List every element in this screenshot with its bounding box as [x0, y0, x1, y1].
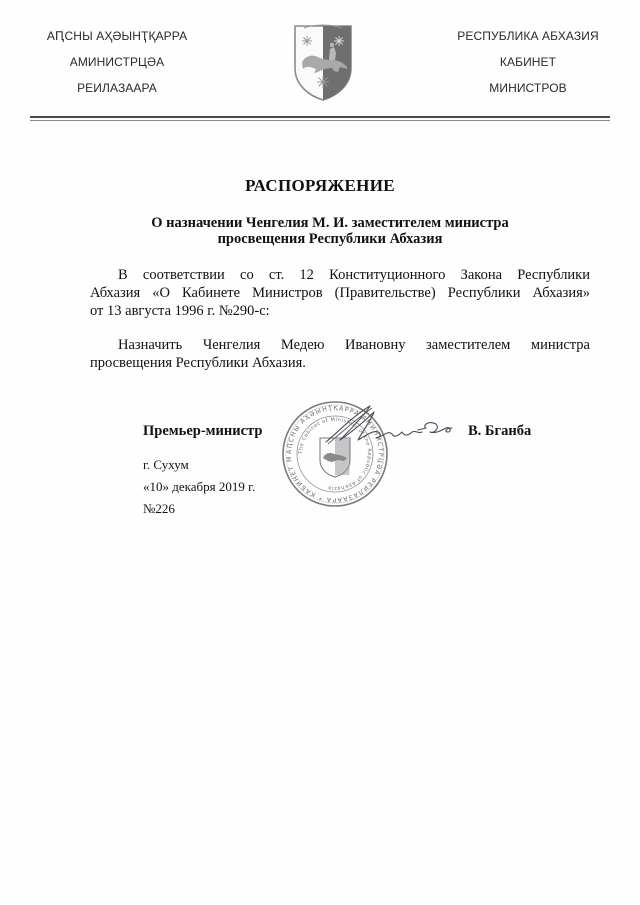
- paragraph-legal-basis: В соответствии со ст. 12 Конституционног…: [90, 266, 590, 320]
- header-left-line2: АМИНИСТРЦӘА: [70, 55, 165, 69]
- paragraph-line: от 13 августа 1996 г. №290-с:: [90, 302, 590, 320]
- header-divider-thin: [30, 120, 610, 121]
- header-left-line3: РЕИЛАЗААРА: [77, 81, 157, 95]
- paragraph-line: В соответствии со ст. 12 Конституционног…: [90, 266, 590, 284]
- header-right-line1: РЕСПУБЛИКА АБХАЗИЯ: [457, 29, 598, 43]
- signature-icon: [318, 402, 468, 450]
- subject-line1: О назначении Ченгелия М. И. заместителем…: [0, 215, 640, 231]
- document-page: АԤСНЫ АҲӘЫНҬҚАРРА АМИНИСТРЦӘА РЕИЛАЗААРА: [0, 0, 640, 905]
- paragraph-appointment: Назначить Ченгелия Медею Ивановну замест…: [90, 336, 590, 372]
- paragraph-line: просвещения Республики Абхазия.: [90, 354, 590, 372]
- document-title: РАСПОРЯЖЕНИЕ: [0, 176, 640, 196]
- coat-of-arms-icon: [292, 22, 354, 102]
- paragraph-line: Абхазия «О Кабинете Министров (Правитель…: [90, 284, 590, 302]
- document-number: №226: [143, 501, 175, 517]
- header-right-line3: МИНИСТРОВ: [489, 81, 567, 95]
- header-left-line1: АԤСНЫ АҲӘЫНҬҚАРРА: [47, 29, 187, 43]
- signatory-name: В. Бганба: [468, 423, 531, 440]
- document-date: «10» декабря 2019 г.: [143, 479, 255, 495]
- header-divider-thick: [30, 116, 610, 118]
- signatory-position: Премьер-министр: [143, 423, 262, 440]
- header-right-line2: КАБИНЕТ: [500, 55, 556, 69]
- paragraph-line: Назначить Ченгелия Медею Ивановну замест…: [90, 336, 590, 354]
- document-subject: О назначении Ченгелия М. И. заместителем…: [0, 215, 640, 247]
- document-place: г. Сухум: [143, 457, 189, 473]
- subject-line2: просвещения Республики Абхазия: [0, 231, 640, 247]
